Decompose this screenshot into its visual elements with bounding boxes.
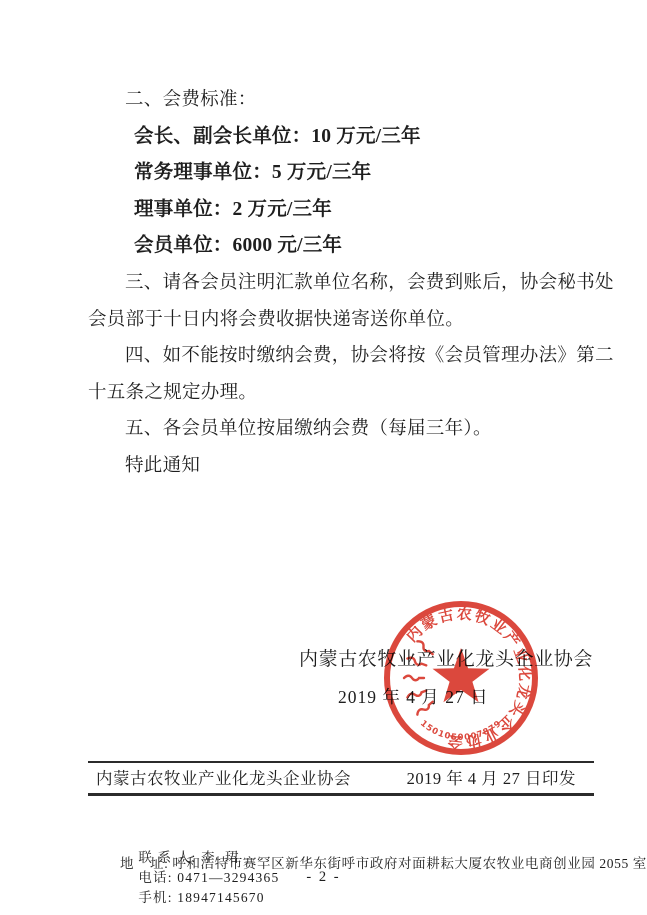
imprint-divider-bottom — [88, 793, 594, 796]
fee-line-member: 会员单位：6000 元/三年 — [88, 228, 608, 265]
fee-line-executive-director: 常务理事单位：5 万元/三年 — [88, 155, 608, 192]
imprint-bar: 内蒙古农牧业产业化龙头企业协会 2019 年 4 月 27 日印发 — [88, 765, 594, 789]
section2-heading: 二、会费标准： — [88, 82, 608, 119]
fee-line-director: 理事单位：2 万元/三年 — [88, 192, 608, 229]
paragraph5: 五、各会员单位按届缴纳会费（每届三年）。 — [88, 411, 608, 448]
document-body: 二、会费标准： 会长、副会长单位：10 万元/三年 常务理事单位：5 万元/三年… — [88, 82, 608, 485]
paragraph4-line2: 十五条之规定办理。 — [88, 375, 608, 412]
document-page: 二、会费标准： 会长、副会长单位：10 万元/三年 常务理事单位：5 万元/三年… — [0, 0, 647, 915]
seal-mongolian-script — [404, 640, 434, 717]
imprint-divider-top — [88, 761, 594, 763]
closing-phrase: 特此通知 — [88, 448, 608, 485]
paragraph4-line1: 四、如不能按时缴纳会费，协会将按《会员管理办法》第二 — [88, 338, 608, 375]
imprint-org-name: 内蒙古农牧业产业化龙头企业协会 — [88, 765, 351, 789]
imprint-print-date: 2019 年 4 月 27 日印发 — [407, 765, 594, 789]
seal-graphic: 内蒙古农牧业产业化龙头企业协会 1501050007879 — [381, 598, 541, 758]
fee-line-president: 会长、副会长单位：10 万元/三年 — [88, 119, 608, 156]
page-number: - 2 - — [0, 869, 647, 886]
paragraph3-line1: 三、请各会员注明汇款单位名称，会费到账后，协会秘书处 — [88, 265, 608, 302]
paragraph3-line2: 会员部于十日内将会费收据快递寄送你单位。 — [88, 302, 608, 339]
contact-mobile: 手机: 18947145670 — [138, 890, 264, 905]
seal-star-icon — [433, 648, 490, 702]
official-seal: 内蒙古农牧业产业化龙头企业协会 1501050007879 — [381, 598, 541, 758]
